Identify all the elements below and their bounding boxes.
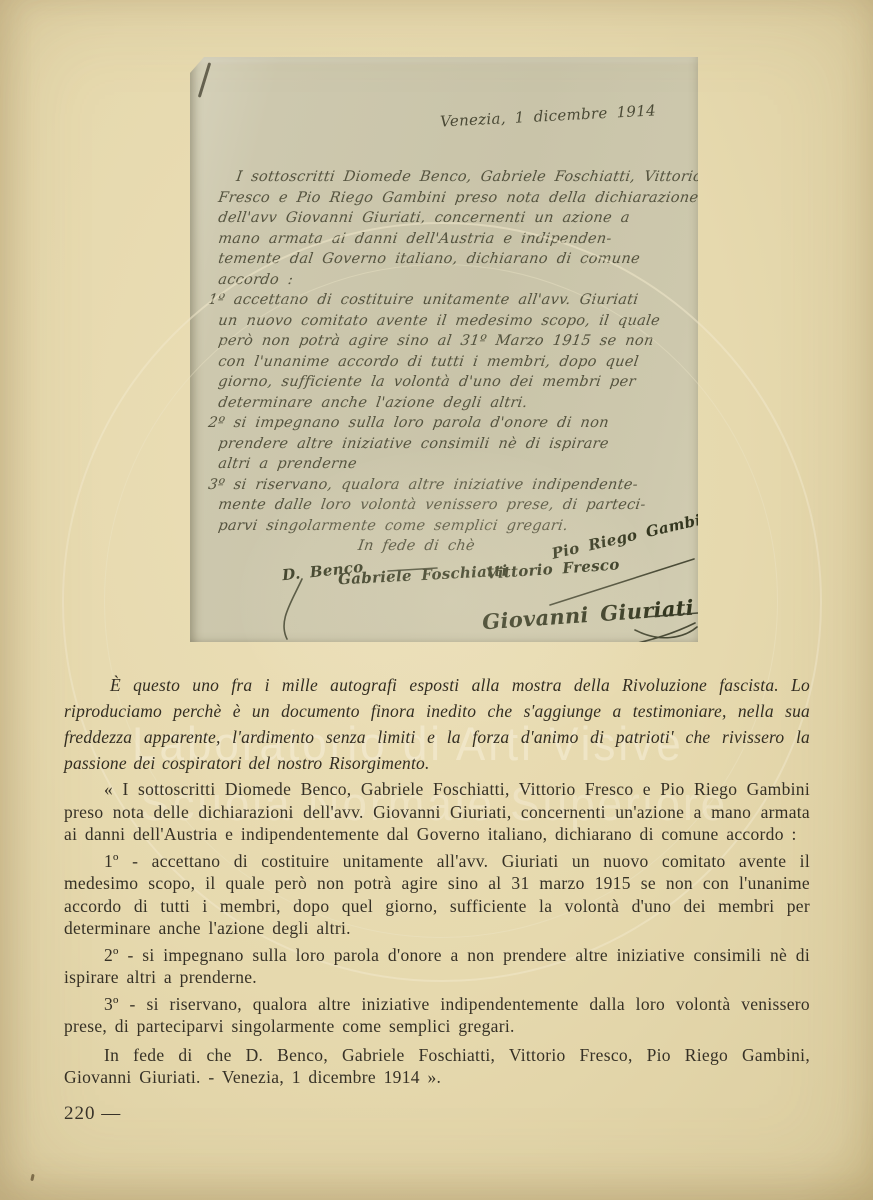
transcript-closing: In fede di che D. Benco, Gabriele Foschi…	[64, 1044, 810, 1089]
transcript-item-1: 1º - accettano di costituire unitamente …	[64, 850, 810, 940]
signature-flourishes-graphic	[190, 57, 698, 642]
manuscript-photo: Venezia, 1 dicembre 1914 I sottoscritti …	[190, 57, 698, 642]
transcript-paragraph: « I sottoscritti Diomede Benco, Gabriele…	[64, 778, 810, 846]
editorial-caption: È questo uno fra i mille autografi espos…	[64, 672, 810, 776]
paper-speck	[30, 1174, 34, 1181]
transcript-item-2: 2º - si impegnano sulla loro parola d'on…	[64, 944, 810, 989]
page-number: 220 —	[64, 1103, 121, 1125]
book-page: Laboratorio di Arti Visive Scuola Normal…	[0, 0, 873, 1200]
caption-text: È questo uno fra i mille autografi espos…	[64, 672, 810, 776]
transcript-block: « I sottoscritti Diomede Benco, Gabriele…	[64, 778, 810, 1089]
transcript-item-3: 3º - si riservano, qualora altre iniziat…	[64, 993, 810, 1038]
